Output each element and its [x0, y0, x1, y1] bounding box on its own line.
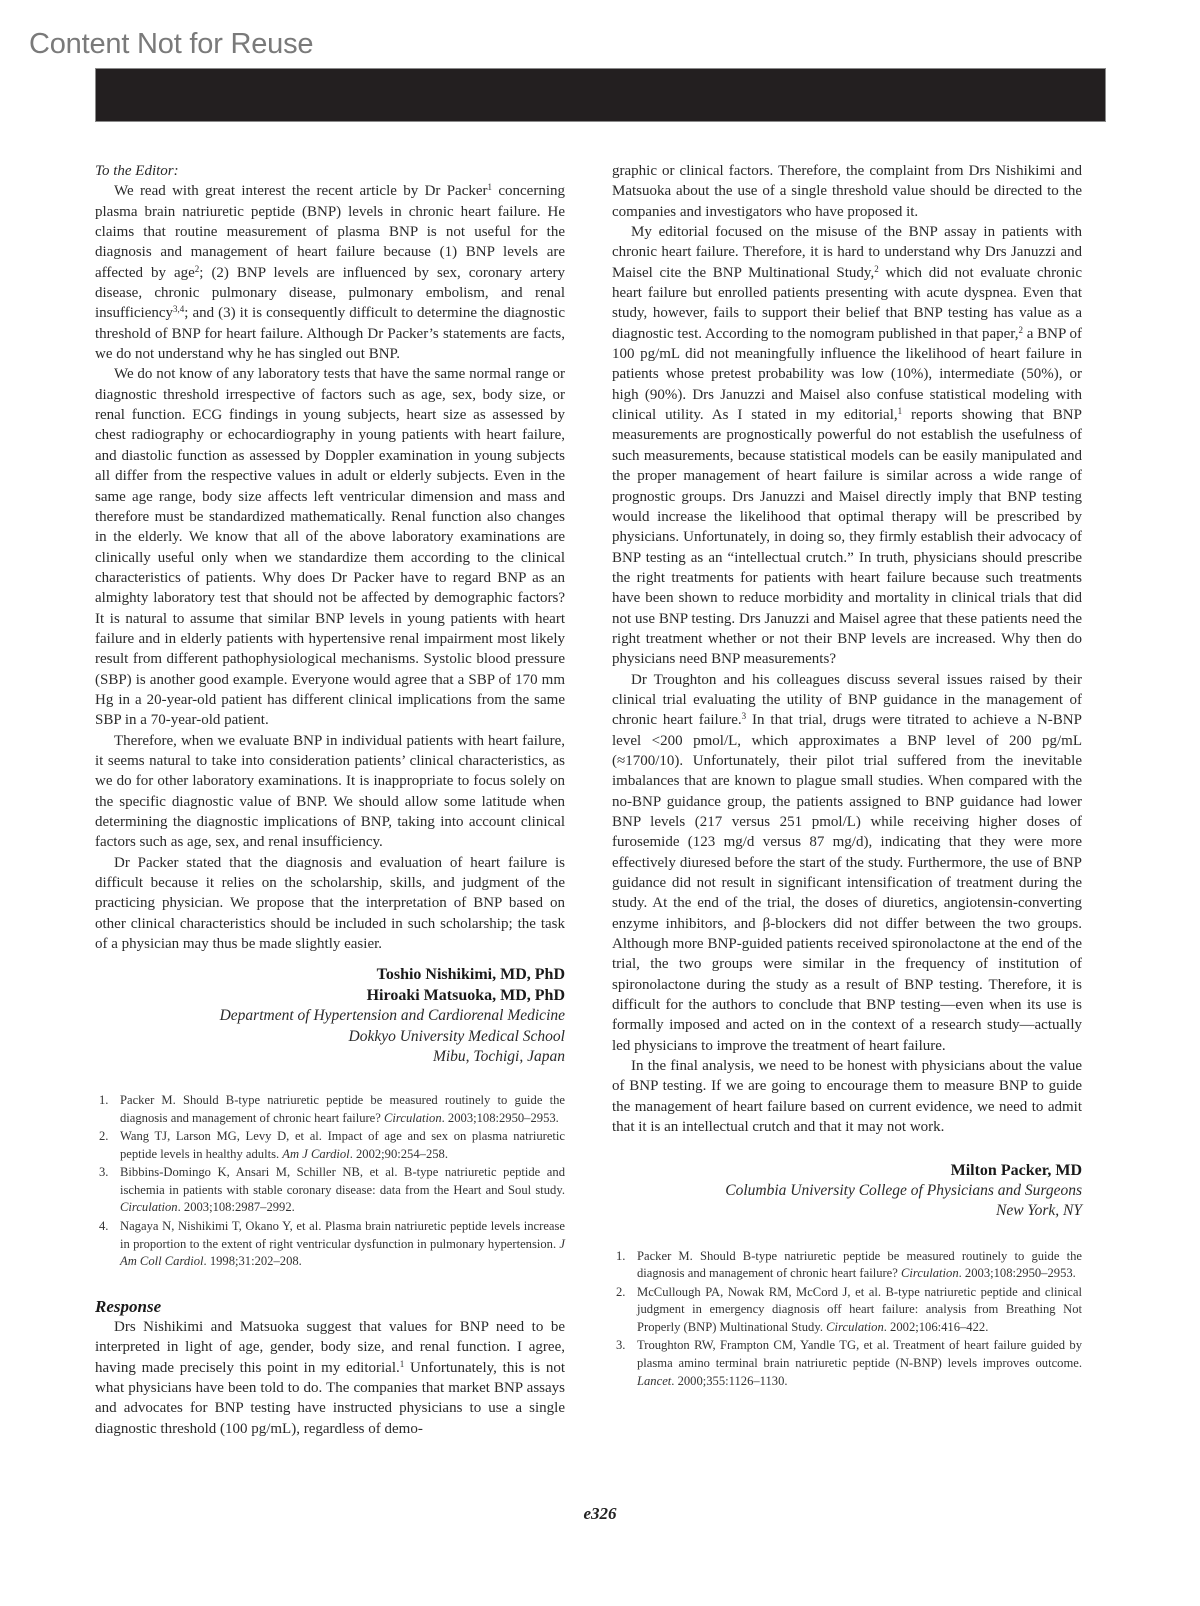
reference-item: 2.Wang TJ, Larson MG, Levy D, et al. Imp…: [95, 1128, 565, 1163]
reference-journal: Am J Cardiol: [282, 1147, 349, 1161]
right-column: graphic or clinical factors. Therefore, …: [612, 161, 1082, 1391]
reference-number: 3.: [99, 1164, 108, 1182]
paragraph-text: In the final analysis, we need to be hon…: [612, 1058, 1082, 1135]
watermark-text: Content Not for Reuse: [29, 28, 313, 61]
paragraph-text: reports showing that BNP measurements ar…: [612, 407, 1082, 667]
reference-number: 1.: [99, 1092, 108, 1110]
reference-citation: . 2002;90:254–258.: [350, 1147, 448, 1161]
citation-superscript: 3,4: [173, 304, 184, 314]
paragraph-text: We read with great interest the recent a…: [114, 183, 488, 199]
reference-item: 1.Packer M. Should B-type natriuretic pe…: [612, 1248, 1082, 1283]
paragraph-text: We do not know of any laboratory tests t…: [95, 366, 565, 728]
body-paragraph: We do not know of any laboratory tests t…: [95, 364, 565, 730]
body-paragraph: Therefore, when we evaluate BNP in indiv…: [95, 731, 565, 853]
left-column: To the Editor: We read with great intere…: [95, 161, 565, 1439]
reference-text: Nagaya N, Nishikimi T, Okano Y, et al. P…: [120, 1219, 565, 1251]
author-affiliation: Department of Hypertension and Cardioren…: [95, 1006, 565, 1027]
reference-number: 4.: [99, 1218, 108, 1236]
letter-references: 1.Packer M. Should B-type natriuretic pe…: [95, 1092, 565, 1271]
reference-citation: . 2000;355:1126–1130.: [671, 1374, 787, 1388]
reference-item: 4.Nagaya N, Nishikimi T, Okano Y, et al.…: [95, 1218, 565, 1271]
letter-body: We read with great interest the recent a…: [95, 181, 565, 954]
author-affiliation: Dokkyo University Medical School: [95, 1027, 565, 1048]
author-location: New York, NY: [612, 1201, 1082, 1222]
reference-item: 1.Packer M. Should B-type natriuretic pe…: [95, 1092, 565, 1127]
salutation: To the Editor:: [95, 161, 565, 181]
reference-item: 2.McCullough PA, Nowak RM, McCord J, et …: [612, 1284, 1082, 1337]
letter-signature: Toshio Nishikimi, MD, PhD Hiroaki Matsuo…: [95, 964, 565, 1068]
body-paragraph: Dr Packer stated that the diagnosis and …: [95, 853, 565, 955]
reference-journal: Lancet: [637, 1374, 671, 1388]
reference-text: Troughton RW, Frampton CM, Yandle TG, et…: [637, 1338, 1082, 1370]
author-name: Toshio Nishikimi, MD, PhD: [95, 964, 565, 985]
body-paragraph: Drs Nishikimi and Matsuoka suggest that …: [95, 1317, 565, 1439]
response-signature: Milton Packer, MD Columbia University Co…: [612, 1160, 1082, 1222]
paragraph-text: In that trial, drugs were titrated to ac…: [612, 712, 1082, 1054]
author-name: Hiroaki Matsuoka, MD, PhD: [95, 985, 565, 1006]
body-paragraph: We read with great interest the recent a…: [95, 181, 565, 364]
reference-journal: Circulation: [901, 1266, 959, 1280]
reference-citation: . 1998;31:202–208.: [204, 1254, 302, 1268]
body-paragraph: Dr Troughton and his colleagues discuss …: [612, 670, 1082, 1057]
author-name: Milton Packer, MD: [612, 1160, 1082, 1181]
response-body-part1: Drs Nishikimi and Matsuoka suggest that …: [95, 1317, 565, 1439]
reference-item: 3.Troughton RW, Frampton CM, Yandle TG, …: [612, 1337, 1082, 1390]
response-body-part2: graphic or clinical factors. Therefore, …: [612, 161, 1082, 1138]
body-paragraph: In the final analysis, we need to be hon…: [612, 1056, 1082, 1137]
reference-item: 3.Bibbins-Domingo K, Ansari M, Schiller …: [95, 1164, 565, 1217]
reference-number: 1.: [616, 1248, 625, 1266]
reference-number: 2.: [616, 1284, 625, 1302]
reference-citation: . 2003;108:2950–2953.: [442, 1111, 559, 1125]
reference-citation: . 2003;108:2987–2992.: [178, 1200, 295, 1214]
paragraph-text: Therefore, when we evaluate BNP in indiv…: [95, 733, 565, 851]
reference-journal: Circulation: [384, 1111, 442, 1125]
reference-number: 2.: [99, 1128, 108, 1146]
author-location: Mibu, Tochigi, Japan: [95, 1047, 565, 1068]
page-number: e326: [0, 1504, 1200, 1524]
reference-citation: . 2003;108:2950–2953.: [959, 1266, 1076, 1280]
reference-journal: Circulation: [826, 1320, 884, 1334]
redaction-bar: [95, 68, 1106, 122]
reference-text: Bibbins-Domingo K, Ansari M, Schiller NB…: [120, 1165, 565, 1197]
reference-number: 3.: [616, 1337, 625, 1355]
response-heading: Response: [95, 1297, 565, 1317]
reference-citation: . 2002;106:416–422.: [884, 1320, 989, 1334]
body-paragraph: My editorial focused on the misuse of th…: [612, 222, 1082, 670]
author-affiliation: Columbia University College of Physician…: [612, 1181, 1082, 1202]
response-references: 1.Packer M. Should B-type natriuretic pe…: [612, 1248, 1082, 1391]
paragraph-text: Dr Packer stated that the diagnosis and …: [95, 855, 565, 952]
body-paragraph-continued: graphic or clinical factors. Therefore, …: [612, 161, 1082, 222]
reference-journal: Circulation: [120, 1200, 178, 1214]
